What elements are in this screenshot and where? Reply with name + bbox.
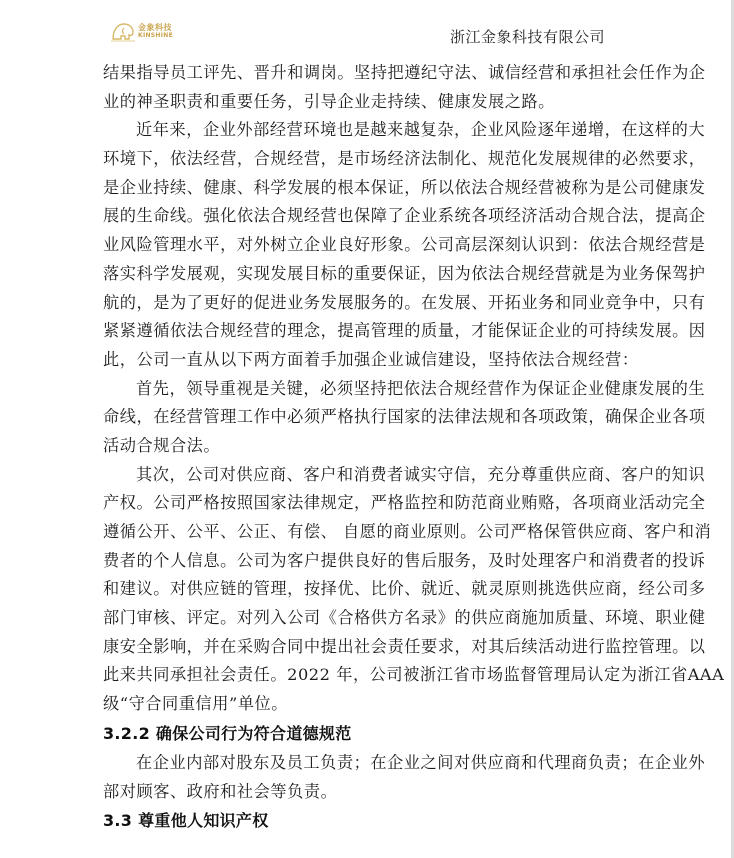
text-line: 命线，在经营管理工作中必须严格执行国家的法律法规和各项政策，确保企业各项 [103, 403, 633, 432]
text-line: 部对顾客、政府和社会等负责。 [103, 778, 633, 807]
text-line: 产权。公司严格按照国家法律规定，严格监控和防范商业贿赂，各项商业活动完全 [103, 489, 633, 518]
text-line: 此来共同承担社会责任。2022 年，公司被浙江省市场监督管理局认定为浙江省AAA [103, 661, 633, 690]
text-line: 活动合规合法。 [103, 432, 633, 461]
text-line: 康安全影响，并在采购合同中提出社会责任要求，对其后续活动进行监控管理。以 [103, 633, 633, 662]
paragraph-start: 其次，公司对供应商、客户和消费者诚实守信，充分尊重供应商、客户的知识 [103, 461, 633, 490]
section-heading-3-2-2: 3.2.2 确保公司行为符合道德规范 [103, 719, 633, 749]
text-line: 遵循公开、公平、公正、有偿、 自愿的商业原则。公司严格保管供应商、客户和消 [103, 518, 633, 547]
text-line: 航的，是为了更好的促进业务发展服务的。在发展、开拓业务和同业竞争中，只有 [103, 289, 633, 318]
text-line: 落实科学发展观，实现发展目标的重要保证，因为依法合规经营就是为业务保驾护 [103, 260, 633, 289]
section-heading-3-3: 3.3 尊重他人知识产权 [103, 806, 633, 836]
text-line: 是企业持续、健康、科学发展的根本保证，所以依法合规经营被称为是公司健康发 [103, 174, 633, 203]
text-line: 展的生命线。强化依法合规经营也保障了企业系统各项经济活动合规合法，提高企 [103, 202, 633, 231]
page-header: 金象科技 KINSHINE 浙江金象科技有限公司 [0, 0, 734, 58]
paragraph-start: 首先，领导重视是关键，必须坚持把依法合规经营作为保证企业健康发展的生 [103, 375, 633, 404]
paragraph-start: 近年来，企业外部经营环境也是越来越复杂，企业风险逐年递增，在这样的大 [103, 116, 633, 145]
text-line: 环境下，依法经营，合规经营，是市场经济法制化、规范化发展规律的必然要求， [103, 145, 633, 174]
text-line: 紧紧遵循依法合规经营的理念，提高管理的质量，才能保证企业的可持续发展。因 [103, 317, 633, 346]
text-line: 费者的个人信息。公司为客户提供良好的售后服务，及时处理客户和消费者的投诉 [103, 547, 633, 576]
company-name: 浙江金象科技有限公司 [450, 26, 605, 47]
text-line: 业的神圣职责和重要任务，引导企业走持续、健康发展之路。 [103, 88, 633, 117]
logo-english-text: KINSHINE [138, 33, 173, 39]
text-line: 和建议。对供应链的管理，按择优、比价、就近、就灵原则挑选供应商，经公司多 [103, 575, 633, 604]
text-line: 结果指导员工评先、晋升和调岗。坚持把遵纪守法、诚信经营和承担社会任作为企 [103, 59, 633, 88]
document-body: 结果指导员工评先、晋升和调岗。坚持把遵纪守法、诚信经营和承担社会任作为企 业的神… [103, 59, 633, 836]
logo-chinese-text: 金象科技 [138, 24, 173, 32]
text-line: 级“守合同重信用”单位。 [103, 690, 633, 719]
elephant-logo-icon [110, 19, 136, 43]
text-line: 业风险管理水平，对外树立企业良好形象。公司高层深刻认识到：依法合规经营是 [103, 231, 633, 260]
company-logo: 金象科技 KINSHINE [110, 18, 180, 44]
paragraph-start: 在企业内部对股东及员工负责；在企业之间对供应商和代理商负责；在企业外 [103, 749, 633, 778]
text-line: 此，公司一直从以下两方面着手加强企业诚信建设，坚持依法合规经营： [103, 346, 633, 375]
text-line: 部门审核、评定。对列入公司《合格供方名录》的供应商施加质量、环境、职业健 [103, 604, 633, 633]
